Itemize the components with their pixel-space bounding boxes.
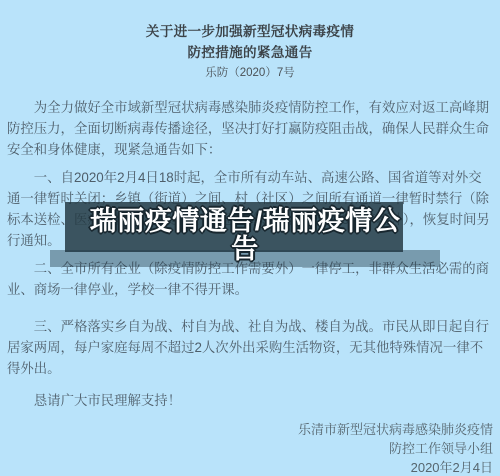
signature-org-line1: 乐清市新型冠状病毒感染肺炎疫情 — [7, 420, 493, 439]
caption-text: 瑞丽疫情通告/瑞丽疫情公 告 — [55, 207, 435, 263]
notice-title: 关于进一步加强新型冠状病毒疫情 防控措施的紧急通告 — [7, 21, 493, 63]
signature-block: 乐清市新型冠状病毒感染肺炎疫情 防控工作领导小组 2020年2月4日 — [7, 420, 493, 476]
notice-image: 关于进一步加强新型冠状病毒疫情 防控措施的紧急通告 乐防（2020）7号 为全力… — [0, 0, 500, 476]
signature-date: 2020年2月4日 — [7, 458, 493, 476]
notice-title-line2: 防控措施的紧急通告 — [7, 42, 493, 63]
closing-line: 恳请广大市民理解支持！ — [7, 390, 493, 411]
document-number: 乐防（2020）7号 — [7, 66, 493, 81]
paragraph-item-3: 三、严格落实乡自为战、村自为战、社自为战、楼自为战。市民从即日起自行居家两周，每… — [7, 316, 493, 379]
signature-org-line2: 防控工作领导小组 — [7, 439, 493, 458]
notice-title-line1: 关于进一步加强新型冠状病毒疫情 — [7, 21, 493, 42]
paragraph-intro: 为全力做好全市域新型冠状病毒感染肺炎疫情防控工作，有效应对返工高峰期防控压力，全… — [7, 97, 493, 160]
